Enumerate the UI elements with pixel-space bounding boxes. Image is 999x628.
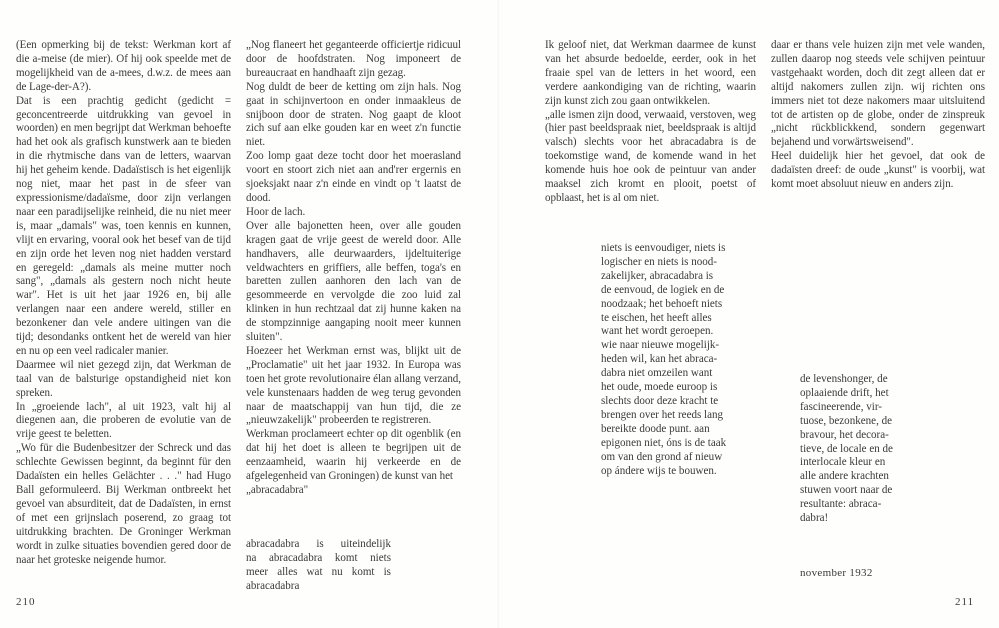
page-number-right: 211 xyxy=(955,596,974,608)
quote-paragraph: Nog duldt de beer de ketting om zijn hal… xyxy=(246,81,461,151)
poem-line: op ándere wijs te bouwen. xyxy=(601,465,756,479)
poem-line: noodzaak; het behoeft niets xyxy=(601,298,756,312)
left-page-column-1: (Een opmerking bij de tekst: Werkman kor… xyxy=(16,39,231,567)
right-page: Ik geloof niet, dat Werkman daarmee de k… xyxy=(499,0,999,628)
poem-line: om van den grond af nieuw xyxy=(601,451,756,465)
right-page-column-1: Ik geloof niet, dat Werkman daarmee de k… xyxy=(545,39,756,206)
poem-line: dabra! xyxy=(800,512,912,526)
paragraph: Daarmee wil niet gezegd zijn, dat Werkma… xyxy=(16,359,231,401)
paragraph: In „groeiende lach", al uit 1923, valt h… xyxy=(16,401,231,443)
poem-line: alle andere krachten xyxy=(800,470,912,484)
quote-paragraph: Hoor de lach. xyxy=(246,206,461,220)
poem-line: bereikte doode punt. aan xyxy=(601,423,756,437)
poem-line: abracadabra is uiteindelijk xyxy=(246,538,391,552)
page-number-left: 210 xyxy=(16,596,36,608)
poem-line: dabra niet omzeilen want xyxy=(601,367,756,381)
poem-line: meer alles wat nu komt is xyxy=(246,566,391,580)
poem-line: bravour, het decora- xyxy=(800,429,912,443)
left-page-column-2: „Nog flaneert het geganteerde officiertj… xyxy=(246,39,461,498)
proclamation-poem-middle: niets is eenvoudiger, niets is logischer… xyxy=(601,242,756,478)
paragraph: „Wo für die Budenbesitzer der Schreck un… xyxy=(16,442,231,567)
poem-line: stuwen voort naar de xyxy=(800,484,912,498)
right-page-column-2: daar er thans vele huizen zijn met vele … xyxy=(771,39,985,192)
poem-line: de levenshonger, de xyxy=(800,373,912,387)
paragraph: (Een opmerking bij de tekst: Werkman kor… xyxy=(16,39,231,95)
poem-line: oplaaiende drift, het xyxy=(800,387,912,401)
poem-line: tieve, de locale en de xyxy=(800,443,912,457)
proclamation-poem-right: de levenshonger, de oplaaiende drift, he… xyxy=(800,373,912,526)
quote-paragraph: „Nog flaneert het geganteerde officiertj… xyxy=(246,39,461,81)
poem-line: epigonen niet, óns is de taak xyxy=(601,437,756,451)
poem-line: fascineerende, vir- xyxy=(800,401,912,415)
paragraph: Heel duidelijk hier het gevoel, dat ook … xyxy=(771,150,985,192)
date-line: november 1932 xyxy=(800,567,873,579)
poem-line: zakelijker, abracadabra is xyxy=(601,270,756,284)
poem-line: abracadabra xyxy=(246,580,391,594)
quote-paragraph: daar er thans vele huizen zijn met vele … xyxy=(771,39,985,150)
poem-line: logischer en niets is nood- xyxy=(601,256,756,270)
poem-line: interlocale kleur en xyxy=(800,456,912,470)
poem-line: heden wil, kan het abraca- xyxy=(601,353,756,367)
poem-line: na abracadabra komt niets xyxy=(246,552,391,566)
poem-line: slechts door deze kracht te xyxy=(601,395,756,409)
poem-line: wie naar nieuwe mogelijk- xyxy=(601,339,756,353)
paragraph: Ik geloof niet, dat Werkman daarmee de k… xyxy=(545,39,756,109)
paragraph: Dat is een prachtig gedicht (gedicht = g… xyxy=(16,95,231,359)
poem-line: tuose, bezonkene, de xyxy=(800,415,912,429)
left-page: (Een opmerking bij de tekst: Werkman kor… xyxy=(0,0,499,628)
poem-line: niets is eenvoudiger, niets is xyxy=(601,242,756,256)
poem-line: brengen over het reeds lang xyxy=(601,409,756,423)
quote-paragraph: Zoo lomp gaat deze tocht door het moeras… xyxy=(246,150,461,206)
quote-paragraph: „alle ismen zijn dood, verwaaid, verstov… xyxy=(545,109,756,206)
paragraph: Hoezeer het Werkman ernst was, blijkt ui… xyxy=(246,345,461,428)
quote-paragraph: Over alle bajonetten heen, over alle gou… xyxy=(246,220,461,345)
poem-line: te eischen, het heeft alles xyxy=(601,312,756,326)
poem-line: want het wordt geroepen. xyxy=(601,325,756,339)
poem-line: resultante: abraca- xyxy=(800,498,912,512)
poem-line: het oude, moede euroop is xyxy=(601,381,756,395)
paragraph: Werkman proclameert echter op dit ogenbl… xyxy=(246,428,461,484)
poem-line: de eenvoud, de logiek en de xyxy=(601,284,756,298)
abracadabra-poem: abracadabra is uiteindelijk na abracadab… xyxy=(246,538,391,594)
paragraph: „abracadabra" xyxy=(246,484,461,498)
